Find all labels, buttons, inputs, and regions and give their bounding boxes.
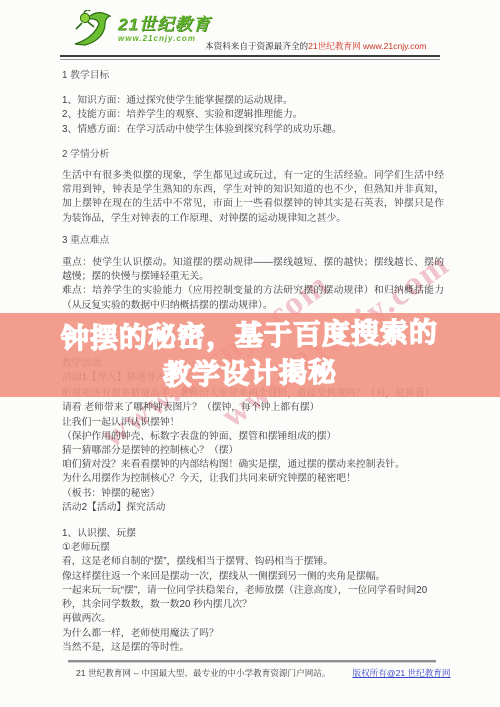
footer-text-row: 21 世纪教育网 -- 中国最大型、最专业的中小学教育资源门户网站。版权所有@2…: [76, 667, 440, 679]
footer-copy-text: 21 世纪教育网 -- 中国最大型、最专业的中小学教育资源门户网站。: [76, 668, 330, 678]
step-line: 再做两次。: [62, 612, 444, 626]
dialogue-line: 让我们一起认识认识摆钟！: [62, 416, 444, 430]
document-page: www.21cnjy.com www.21cnjy.com 21世纪教育 www…: [0, 0, 500, 707]
logo-brand-name: 21世纪教育: [118, 16, 211, 34]
objective-item: 1、知识方面：通过探究使学生能掌握摆的运动规律。: [62, 94, 444, 108]
banner-title-line2: 教学设计揭秘: [163, 353, 338, 394]
objective-item: 2、技能方面：培养学生的观察、实验和逻辑推理能力。: [62, 108, 444, 122]
header-divider: [60, 55, 440, 60]
page-footer: 21 世纪教育网 -- 中国最大型、最专业的中小学教育资源门户网站。版权所有@2…: [0, 655, 500, 707]
step-line: 当然不是，这是摆的等时性。: [62, 641, 444, 655]
step-line: 为什么都一样，老师使用魔法了吗？: [62, 627, 444, 641]
promo-banner-overlay: 钟摆的秘密，基于百度搜索的 教学设计揭秘: [0, 313, 500, 397]
step-line: 像这样摆往返一个来回是摆动一次，摆线从一侧摆到另一侧的夹角是摆幅。: [62, 570, 444, 584]
footer-copyright-link[interactable]: 版权所有@21 世纪教育网: [352, 668, 450, 678]
objective-item: 3、情感方面：在学习活动中使学生体验到探究科学的成功乐趣。: [62, 123, 444, 137]
header-tagline: 本资料来自于资源最齐全的21世纪教育网 www.21cnjy.com: [205, 40, 426, 52]
dialogue-line: 猜一猜哪部分是摆钟的控制核心？（摆）: [62, 444, 444, 458]
footer-divider: [68, 660, 436, 663]
section-title-objectives: 1 教学目标: [62, 69, 444, 83]
section-title-analysis: 2 学情分析: [62, 148, 444, 162]
activity1-dialogue: 听说咱班有很多猜谜高手，老师给大家带来两个谜语，敢接受挑战吗？（对，是钟表） 请…: [62, 387, 444, 515]
dialogue-line: 请看 老师带来了哪种钟表图片？（摆钟，每个钟上都有摆）: [62, 401, 444, 415]
activity2-steps: 1、认识摆、玩摆 ①老师玩摆 看，这是老师自制的“摆”，摆线相当于摆臂、钩码相当…: [62, 527, 444, 655]
banner-title-line1: 钟摆的秘密，基于百度搜索的: [61, 314, 439, 359]
step-line: ①老师玩摆: [62, 541, 444, 555]
section-title-keypoints: 3 重点难点: [62, 234, 444, 248]
analysis-paragraph: 生活中有很多类似摆的现象，学生都见过或玩过，有一定的生活经验。同学们生活中经常用…: [62, 169, 444, 226]
site-header: 21世纪教育 www.21cnjy.com 本资料来自于资源最齐全的21世纪教育…: [0, 0, 500, 58]
objectives-list: 1、知识方面：通过探究使学生能掌握摆的运动规律。 2、技能方面：培养学生的观察、…: [62, 94, 444, 137]
logo-url-text: www.21cnjy.com: [118, 34, 211, 43]
difficulty-line: 难点：培养学生的实验能力（应用控制变量的方法研究摆的摆动规律）和归纳概括能力（从…: [62, 284, 444, 312]
tagline-brand: 21世纪教育网: [308, 41, 361, 51]
site-logo: 21世纪教育 www.21cnjy.com: [72, 10, 211, 52]
step-line: 1、认识摆、玩摆: [62, 527, 444, 541]
keypoint-line: 重点：使学生认识摆动。知道摆的摆动规律——摆线越短、摆的越快；摆线越长、摆的越慢…: [62, 256, 444, 284]
keypoints-block: 重点：使学生认识摆动。知道摆的摆动规律——摆线越短、摆的越快；摆线越长、摆的越慢…: [62, 256, 444, 313]
step-line: 一起来玩一玩“摆”，请一位同学扶稳架台，老师放摆（注意高度），一位同学看时间20…: [62, 584, 444, 612]
dialogue-line: 咱们猜对没？来看看摆钟的内部结构图！确实是摆，通过摆的摆动来控制表针。: [62, 458, 444, 472]
dialogue-line: 为什么用摆作为控制核心？今天，让我们共同来研究钟摆的秘密吧！: [62, 472, 444, 486]
dialogue-line: （保护作用的钟壳、标数字表盘的钟面、摆管和摆锤组成的摆）: [62, 430, 444, 444]
mascot-icon: [72, 10, 116, 52]
tagline-prefix: 本资料来自于资源最齐全的: [205, 41, 308, 51]
tagline-url: www.21cnjy.com: [361, 41, 427, 51]
activity2-label: 活动2【活动】探究活动: [62, 501, 444, 515]
dialogue-line: （板书：钟摆的秘密）: [62, 487, 444, 501]
step-line: 看，这是老师自制的“摆”，摆线相当于摆臂、钩码相当于摆锤。: [62, 555, 444, 569]
